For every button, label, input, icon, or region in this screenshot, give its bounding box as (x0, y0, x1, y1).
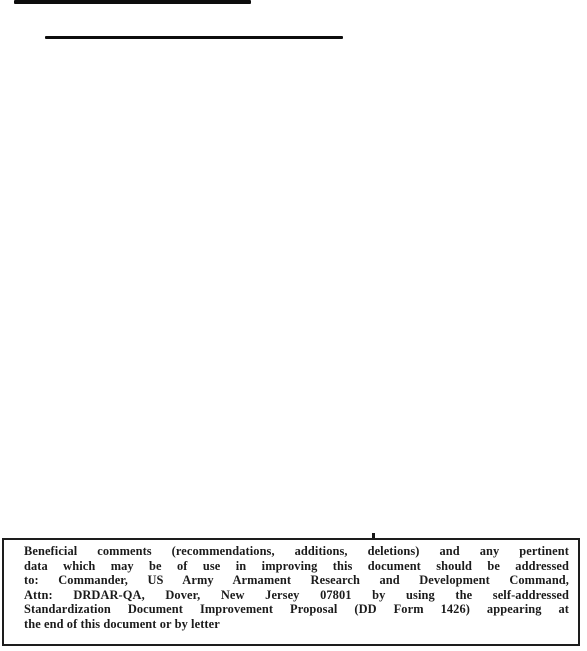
notice-line-3: to: Commander, US Army Armament Research… (24, 573, 569, 588)
notice-line-6: the end of this document or by letter (24, 617, 569, 632)
scanned-document-page: Beneficial comments (recommendations, ad… (0, 0, 587, 651)
notice-line-2: data which may be of use in improving th… (24, 559, 569, 574)
header-underline-top (14, 0, 251, 4)
notice-line-1: Beneficial comments (recommendations, ad… (24, 544, 569, 559)
header-underline-second (45, 36, 343, 39)
beneficial-comments-notice-box: Beneficial comments (recommendations, ad… (2, 538, 580, 646)
notice-line-4: Attn: DRDAR-QA, Dover, New Jersey 07801 … (24, 588, 569, 603)
notice-line-5: Standardization Document Improvement Pro… (24, 602, 569, 617)
notice-text-block: Beneficial comments (recommendations, ad… (4, 540, 578, 631)
